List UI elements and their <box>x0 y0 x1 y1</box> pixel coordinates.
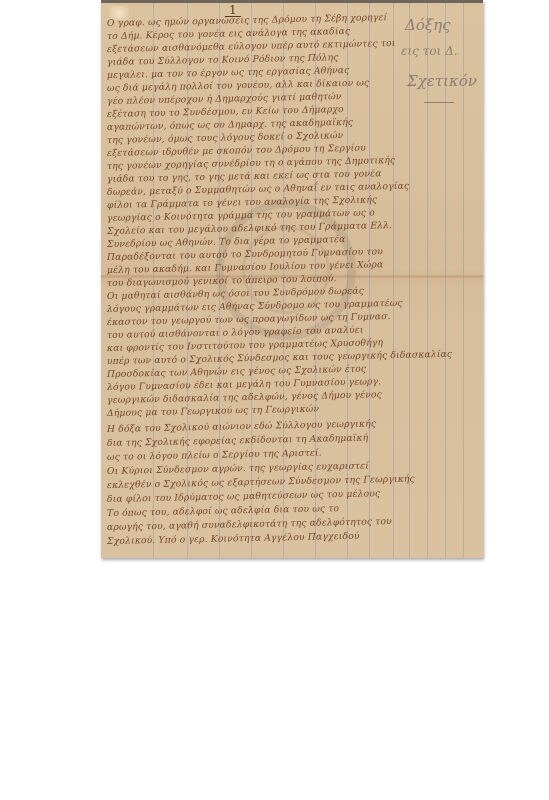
handwritten-line: Δήμους μα του Γεωργικού ως τη Γεωργικών <box>107 404 319 419</box>
margin-note-line: εις τοι Δ. <box>401 44 458 58</box>
handwritten-line: δια της Σχολικής εφορείας εκδίδονται τη … <box>107 433 369 449</box>
document-page: 1 Δόξης εις τοι Δ. Σχετικόν Ο γραφ. ως η… <box>101 0 483 558</box>
handwritten-line: Το όπως του, αδελφοί ως αδελφία δια του … <box>107 503 339 519</box>
handwritten-line: Σχολικού. Υπό ο γερ. Κοινότητα Αγγέλου Π… <box>107 531 360 547</box>
margin-note-line: Δόξης <box>405 16 451 34</box>
handwritten-line: δια φίλοι του Ιδρύματος ως μαθητεύσεων ω… <box>107 488 380 505</box>
handwritten-line: ως το οι λόγου πλείω ο Σεργίου της Αριστ… <box>107 448 322 463</box>
margin-note-line: Σχετικόν <box>407 72 477 90</box>
margin-underline <box>424 102 454 103</box>
